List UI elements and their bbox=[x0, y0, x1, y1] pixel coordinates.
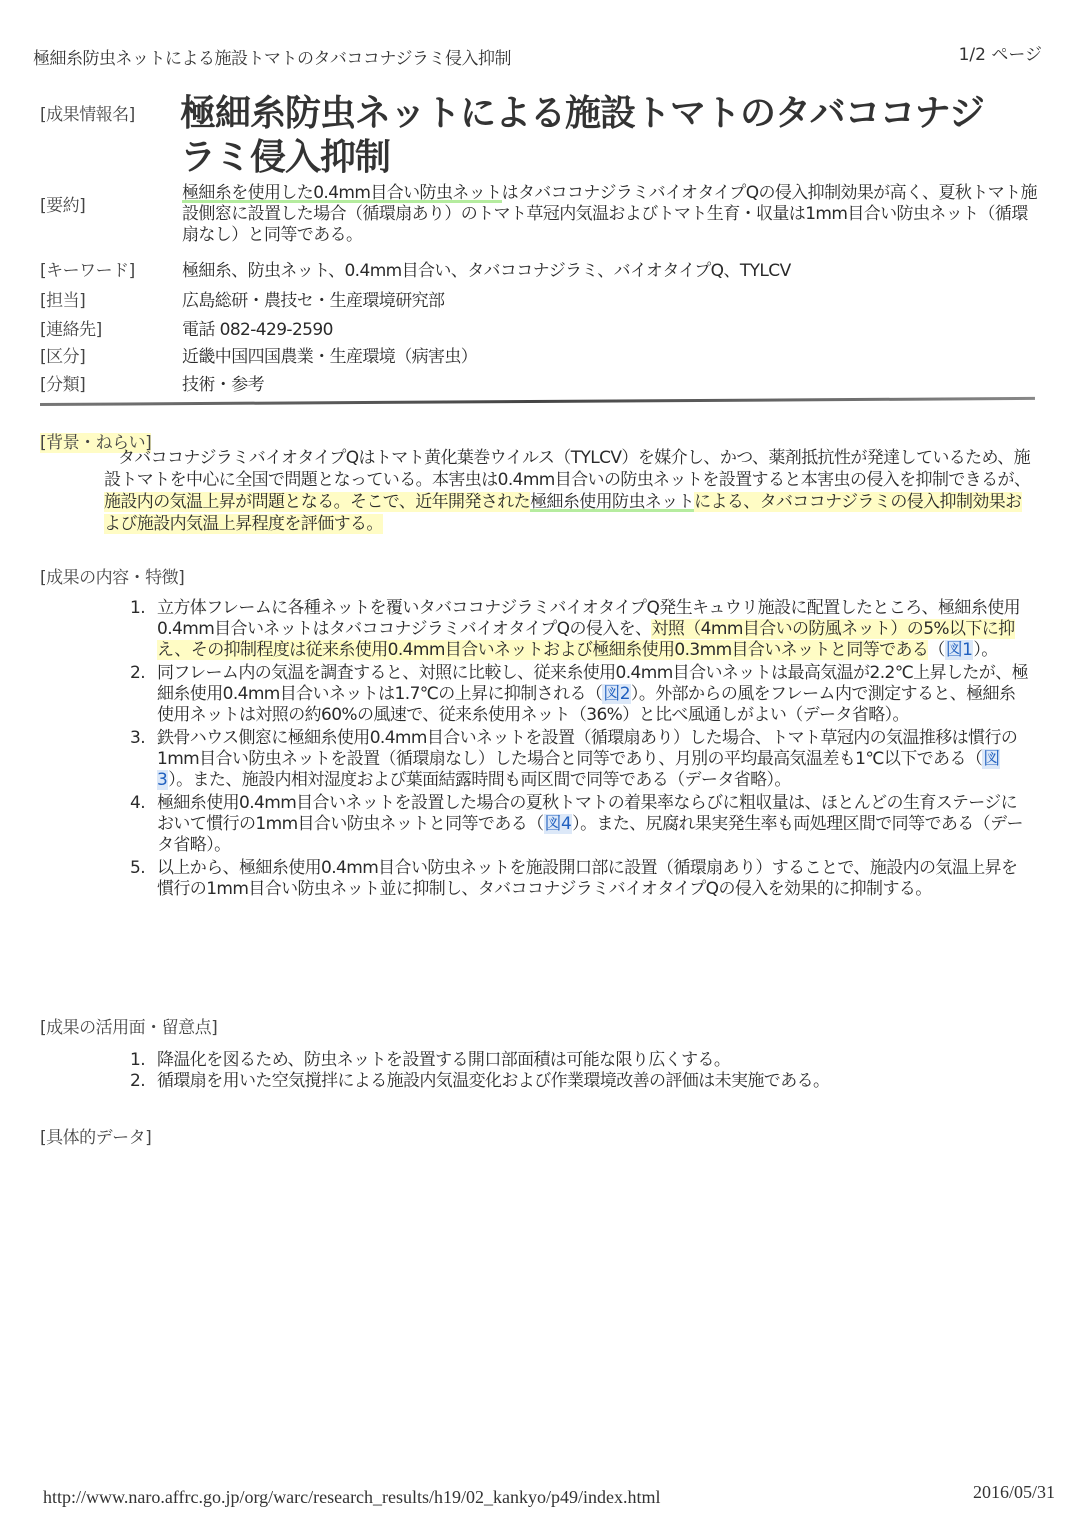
category-label: [区分] bbox=[40, 342, 182, 367]
keywords-label: [キーワード] bbox=[40, 256, 182, 281]
list-item: 2.循環扇を用いた空気撹拌による施設内気温変化および作業環境改善の評価は未実施で… bbox=[130, 1071, 1030, 1092]
list-item: 5.以上から、極細糸使用0.4mm目合い防虫ネットを施設開口部に設置（循環扇あり… bbox=[130, 858, 1030, 900]
meta-category: [区分] 近畿中国四国農業・生産環境（病害虫） bbox=[40, 342, 477, 367]
contact-value: 電話 082-429-2590 bbox=[182, 315, 333, 340]
list-item: 2.同フレーム内の気温を調査すると、対照に比較し、従来糸使用0.4mm目合いネッ… bbox=[130, 663, 1030, 726]
keywords-value: 極細糸、防虫ネット、0.4mm目合い、タバココナジラミ、バイオタイプQ、TYLC… bbox=[182, 256, 791, 281]
figure-link-4[interactable]: 図4 bbox=[544, 814, 573, 834]
meta-contact: [連絡先] 電話 082-429-2590 bbox=[40, 315, 333, 340]
features-heading: [成果の内容・特徴] bbox=[40, 563, 184, 588]
summary-text: 極細糸を使用した0.4mm目合い防虫ネットはタバココナジラミバイオタイプQの侵入… bbox=[182, 183, 1042, 246]
figure-link-1[interactable]: 図1 bbox=[945, 640, 974, 660]
footer-date: 2016/05/31 bbox=[973, 1482, 1055, 1503]
classification-value: 技術・参考 bbox=[182, 370, 264, 395]
page-title: 極細糸防虫ネットによる施設トマトのタバココナジラミ侵入抑制 bbox=[180, 92, 1010, 180]
summary-highlight: 極細糸を使用した0.4mm目合い防虫ネット bbox=[182, 183, 502, 203]
data-heading: [具体的データ] bbox=[40, 1123, 151, 1148]
responsible-label: [担当] bbox=[40, 286, 182, 311]
features-list: 1.立方体フレームに各種ネットを覆いタバココナジラミバイオタイプQ発生キュウリ施… bbox=[130, 598, 1030, 900]
background-highlight: 極細糸使用防虫ネット bbox=[530, 492, 694, 512]
background-text: タバココナジラミバイオタイプQはトマト黄化葉巻ウイルス（TYLCV）を媒介し、か… bbox=[104, 447, 1034, 535]
usage-list: 1.降温化を図るため、防虫ネットを設置する開口部面積は可能な限り広くする。 2.… bbox=[130, 1050, 1030, 1092]
classification-label: [分類] bbox=[40, 370, 182, 395]
contact-label: [連絡先] bbox=[40, 315, 182, 340]
responsible-value: 広島総研・農技セ・生産環境研究部 bbox=[182, 286, 444, 311]
list-item: 3.鉄骨ハウス側窓に極細糸使用0.4mm目合いネットを設置（循環扇あり）した場合… bbox=[130, 728, 1030, 791]
section-divider bbox=[40, 397, 1035, 406]
footer-url: http://www.naro.affrc.go.jp/org/warc/res… bbox=[43, 1487, 661, 1508]
category-value: 近畿中国四国農業・生産環境（病害虫） bbox=[182, 342, 477, 367]
print-header-title: 極細糸防虫ネットによる施設トマトのタバココナジラミ侵入抑制 bbox=[33, 44, 511, 69]
list-item: 1.立方体フレームに各種ネットを覆いタバココナジラミバイオタイプQ発生キュウリ施… bbox=[130, 598, 1030, 661]
list-item: 4.極細糸使用0.4mm目合いネットを設置した場合の夏秋トマトの着果率ならびに粗… bbox=[130, 793, 1030, 856]
summary-label: [要約] bbox=[40, 191, 85, 216]
meta-keywords: [キーワード] 極細糸、防虫ネット、0.4mm目合い、タバココナジラミ、バイオタ… bbox=[40, 256, 791, 281]
meta-contact-person: [担当] 広島総研・農技セ・生産環境研究部 bbox=[40, 286, 444, 311]
list-item: 1.降温化を図るため、防虫ネットを設置する開口部面積は可能な限り広くする。 bbox=[130, 1050, 1030, 1071]
result-name-label: [成果情報名] bbox=[40, 100, 135, 125]
usage-heading: [成果の活用面・留意点] bbox=[40, 1013, 217, 1038]
figure-link-2[interactable]: 図2 bbox=[602, 684, 631, 704]
page-number: 1/2 ページ bbox=[959, 40, 1042, 65]
meta-classification: [分類] 技術・参考 bbox=[40, 370, 264, 395]
